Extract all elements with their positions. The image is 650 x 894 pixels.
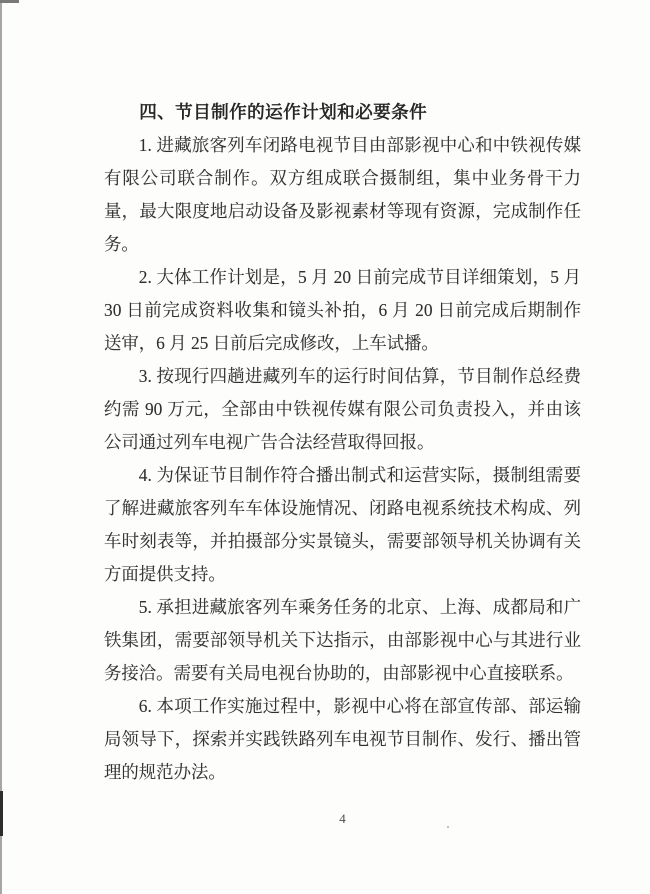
scan-top-left-corner-mark bbox=[0, 0, 19, 3]
paragraph: 3. 按现行四趟进藏列车的运行时间估算，节目制作总经费约需 90 万元，全部由中… bbox=[104, 360, 581, 459]
paragraph: 1. 进藏旅客列车闭路电视节目由部影视中心和中铁视传媒有限公司联合制作。双方组成… bbox=[104, 129, 581, 261]
scan-bottom-left-streak bbox=[0, 791, 3, 836]
paragraph: 4. 为保证节目制作符合播出制式和运营实际，摄制组需要了解进藏旅客列车车体设施情… bbox=[104, 459, 581, 591]
scanned-document-page: 四、节目制作的运作计划和必要条件 1. 进藏旅客列车闭路电视节目由部影视中心和中… bbox=[0, 0, 650, 894]
document-body: 四、节目制作的运作计划和必要条件 1. 进藏旅客列车闭路电视节目由部影视中心和中… bbox=[104, 96, 581, 789]
page-number: 4 bbox=[104, 811, 581, 827]
scan-left-edge-line bbox=[0, 0, 2, 894]
paragraph: 6. 本项工作实施过程中，影视中心将在部宣传部、部运输局领导下，探索并实践铁路列… bbox=[104, 690, 581, 789]
section-heading: 四、节目制作的运作计划和必要条件 bbox=[104, 96, 581, 129]
paragraph: 2. 大体工作计划是，5 月 20 日前完成节目详细策划，5 月 30 日前完成… bbox=[104, 261, 581, 360]
paragraph: 5. 承担进藏旅客列车乘务任务的北京、上海、成都局和广铁集团，需要部领导机关下达… bbox=[104, 591, 581, 690]
